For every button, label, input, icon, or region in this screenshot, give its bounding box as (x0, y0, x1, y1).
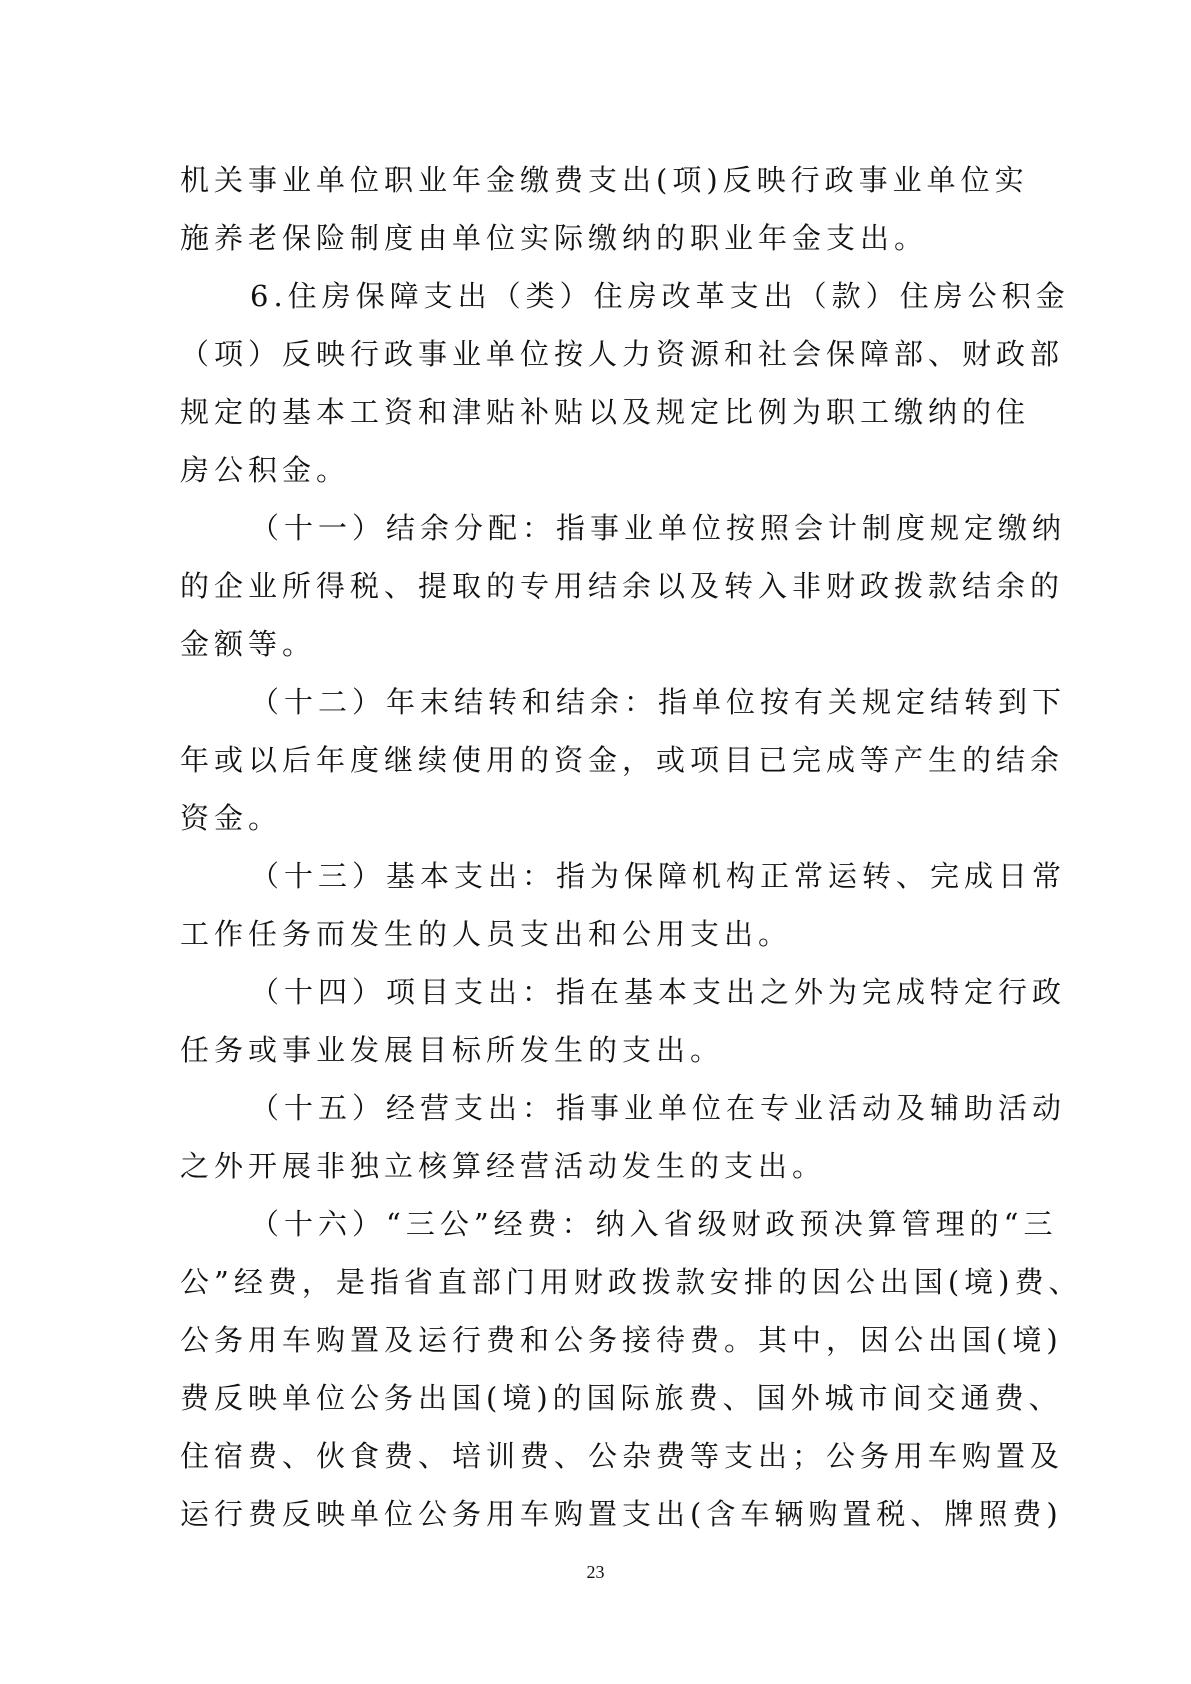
text-line: 任务或事业发展目标所发生的支出。 (180, 1021, 1016, 1079)
text-line: 住宿费、伙食费、培训费、公杂费等支出；公务用车购置及 (180, 1427, 1016, 1485)
paragraph: 机关事业单位职业年金缴费支出(项)反映行政事业单位实 施养老保险制度由单位实际缴… (180, 151, 1016, 267)
paragraph: （十五）经营支出：指事业单位在专业活动及辅助活动 之外开展非独立核算经营活动发生… (180, 1079, 1016, 1195)
text-line: 之外开展非独立核算经营活动发生的支出。 (180, 1137, 1016, 1195)
text-line: 年或以后年度继续使用的资金，或项目已完成等产生的结余 (180, 731, 1016, 789)
paragraph: （十四）项目支出：指在基本支出之外为完成特定行政 任务或事业发展目标所发生的支出… (180, 963, 1016, 1079)
text-line: 房公积金。 (180, 441, 1016, 499)
text-line: （十四）项目支出：指在基本支出之外为完成特定行政 (180, 963, 1016, 1021)
text-line: （项）反映行政事业单位按人力资源和社会保障部、财政部 (180, 325, 1016, 383)
paragraph: （十一）结余分配：指事业单位按照会计制度规定缴纳 的企业所得税、提取的专用结余以… (180, 499, 1016, 673)
text-line: 金额等。 (180, 615, 1016, 673)
text-line: （十六）“三公”经费：纳入省级财政预决算管理的“三 (180, 1195, 1016, 1253)
page-number: 23 (0, 1562, 1191, 1583)
document-body: 机关事业单位职业年金缴费支出(项)反映行政事业单位实 施养老保险制度由单位实际缴… (180, 151, 1016, 1543)
text-line: 施养老保险制度由单位实际缴纳的职业年金支出。 (180, 209, 1016, 267)
text-line: （十三）基本支出：指为保障机构正常运转、完成日常 (180, 847, 1016, 905)
text-line: 的企业所得税、提取的专用结余以及转入非财政拨款结余的 (180, 557, 1016, 615)
paragraph: （十二）年末结转和结余：指单位按有关规定结转到下 年或以后年度继续使用的资金，或… (180, 673, 1016, 847)
text-line: （十二）年末结转和结余：指单位按有关规定结转到下 (180, 673, 1016, 731)
text-line: （十五）经营支出：指事业单位在专业活动及辅助活动 (180, 1079, 1016, 1137)
paragraph: （十六）“三公”经费：纳入省级财政预决算管理的“三 公”经费，是指省直部门用财政… (180, 1195, 1016, 1543)
text-line: 规定的基本工资和津贴补贴以及规定比例为职工缴纳的住 (180, 383, 1016, 441)
text-line: 6.住房保障支出（类）住房改革支出（款）住房公积金 (180, 267, 1016, 325)
paragraph: （十三）基本支出：指为保障机构正常运转、完成日常 工作任务而发生的人员支出和公用… (180, 847, 1016, 963)
text-line: 资金。 (180, 789, 1016, 847)
text-line: 运行费反映单位公务用车购置支出(含车辆购置税、牌照费) (180, 1485, 1016, 1543)
text-line: 公”经费，是指省直部门用财政拨款安排的因公出国(境)费、 (180, 1253, 1016, 1311)
text-line: 费反映单位公务出国(境)的国际旅费、国外城市间交通费、 (180, 1369, 1016, 1427)
text-line: （十一）结余分配：指事业单位按照会计制度规定缴纳 (180, 499, 1016, 557)
paragraph: 6.住房保障支出（类）住房改革支出（款）住房公积金 （项）反映行政事业单位按人力… (180, 267, 1016, 499)
text-line: 公务用车购置及运行费和公务接待费。其中，因公出国(境) (180, 1311, 1016, 1369)
text-line: 机关事业单位职业年金缴费支出(项)反映行政事业单位实 (180, 151, 1016, 209)
text-line: 工作任务而发生的人员支出和公用支出。 (180, 905, 1016, 963)
